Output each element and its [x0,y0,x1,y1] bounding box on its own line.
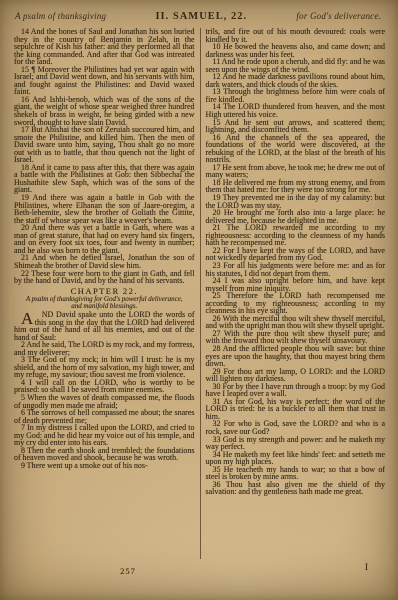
verse: 33 God is my strength and power: and he … [206,436,386,451]
verse: 8 Then the earth shook and trembled; the… [14,447,195,462]
verse: 17 He sent from above, he took me; he dr… [206,164,386,179]
verse: 17 But Abishai the son of Zeruiah succou… [14,126,195,164]
verse: 23 For all his judgments were before me:… [206,262,386,277]
verse: 34 He maketh my feet like hinds' feet: a… [206,451,386,466]
verse: 27 With the pure thou wilt shew thyself … [206,330,386,345]
running-head-left: A psalm of thanksgiving [15,11,106,21]
verse: 5 When the waves of death compassed me, … [14,394,195,409]
verse: 30 For by thee I have run through a troo… [206,383,386,398]
verse: 26 With the merciful thou wilt shew thys… [206,315,386,330]
verse: 9 There went up a smoke out of his nos- [14,462,195,470]
running-head-right: for God's deliverance. [296,11,381,21]
verse: 28 And the afflicted people thou wilt sa… [206,345,386,368]
verse: 12 And he made darkness pavilions round … [206,73,386,88]
running-head: A psalm of thanksgiving II. SAMUEL, 22. … [0,0,398,25]
verse: 19 And there was again a battle in Gob w… [14,194,195,224]
verse: 13 Through the brightness before him wer… [206,88,386,103]
verse: 24 I was also upright before him, and ha… [206,277,386,292]
verse: 29 For thou art my lamp, O LORD: and the… [206,368,386,383]
verse: 25 Therefore the LORD hath recompensed m… [206,292,386,315]
verse: 32 For who is God, save the LORD? and wh… [206,420,386,435]
verse: 16 And Ishbi-benob, which was of the son… [14,96,195,126]
chapter-subtitle: A psalm of thanksgiving for God's powerf… [14,296,195,310]
verse: trils, and fire out of his mouth devoure… [206,28,386,43]
verse: 18 And it came to pass after this, that … [14,164,195,194]
verse: 6 The sorrows of hell compassed me about… [14,409,195,424]
verse: 4 I will call on the LORD, who is worthy… [14,379,195,394]
signature-mark: I [365,563,368,573]
column-left: 14 And the bones of Saul and Jonathan hi… [14,28,200,559]
verse: 15 ¶ Moreover the Philistines had yet wa… [14,66,195,96]
verse: 20 He brought me forth also into a large… [206,209,386,224]
running-head-title: II. SAMUEL, 22. [155,11,247,22]
verse: 14 The LORD thundered from heaven, and t… [206,103,386,118]
verse: 18 He delivered me from my strong enemy,… [206,179,386,194]
verse: 2 And he said, The LORD is my rock, and … [14,341,195,356]
bible-page: A psalm of thanksgiving II. SAMUEL, 22. … [0,0,398,600]
verse: 15 And he sent out arrows, and scattered… [206,119,386,134]
verse: 21 The LORD rewarded me according to my … [206,224,386,247]
verse: 22 For I have kept the ways of the LORD,… [206,247,386,262]
verse: 35 He teacheth my hands to war; so that … [206,466,386,481]
column-right: trils, and fire out of his mouth devoure… [200,28,386,559]
page-number: 257 [104,566,152,576]
verse: 36 Thou hast also given me the shield of… [206,481,386,496]
verse: 14 And the bones of Saul and Jonathan hi… [14,28,195,66]
text-columns: 14 And the bones of Saul and Jonathan hi… [0,25,398,559]
verse: 11 And he rode upon a cherub, and did fl… [206,58,386,73]
verse: 16 And the channels of the sea appeared,… [206,134,386,164]
verse: 10 He bowed the heavens also, and came d… [206,43,386,58]
verse: 31 As for God, his way is perfect; the w… [206,398,386,421]
verse: AND David spake unto the LORD the words … [14,311,195,341]
verse: 22 These four were born to the giant in … [14,270,195,285]
drop-cap: A [14,311,35,326]
verse: 21 And when he defied Israel, Jonathan t… [14,254,195,269]
verse: 20 And there was yet a battle in Gath, w… [14,224,195,254]
verse: 7 In my distress I called upon the LORD,… [14,424,195,447]
verse: 19 They prevented me in the day of my ca… [206,194,386,209]
verse: 3 The God of my rock; in him will I trus… [14,356,195,379]
